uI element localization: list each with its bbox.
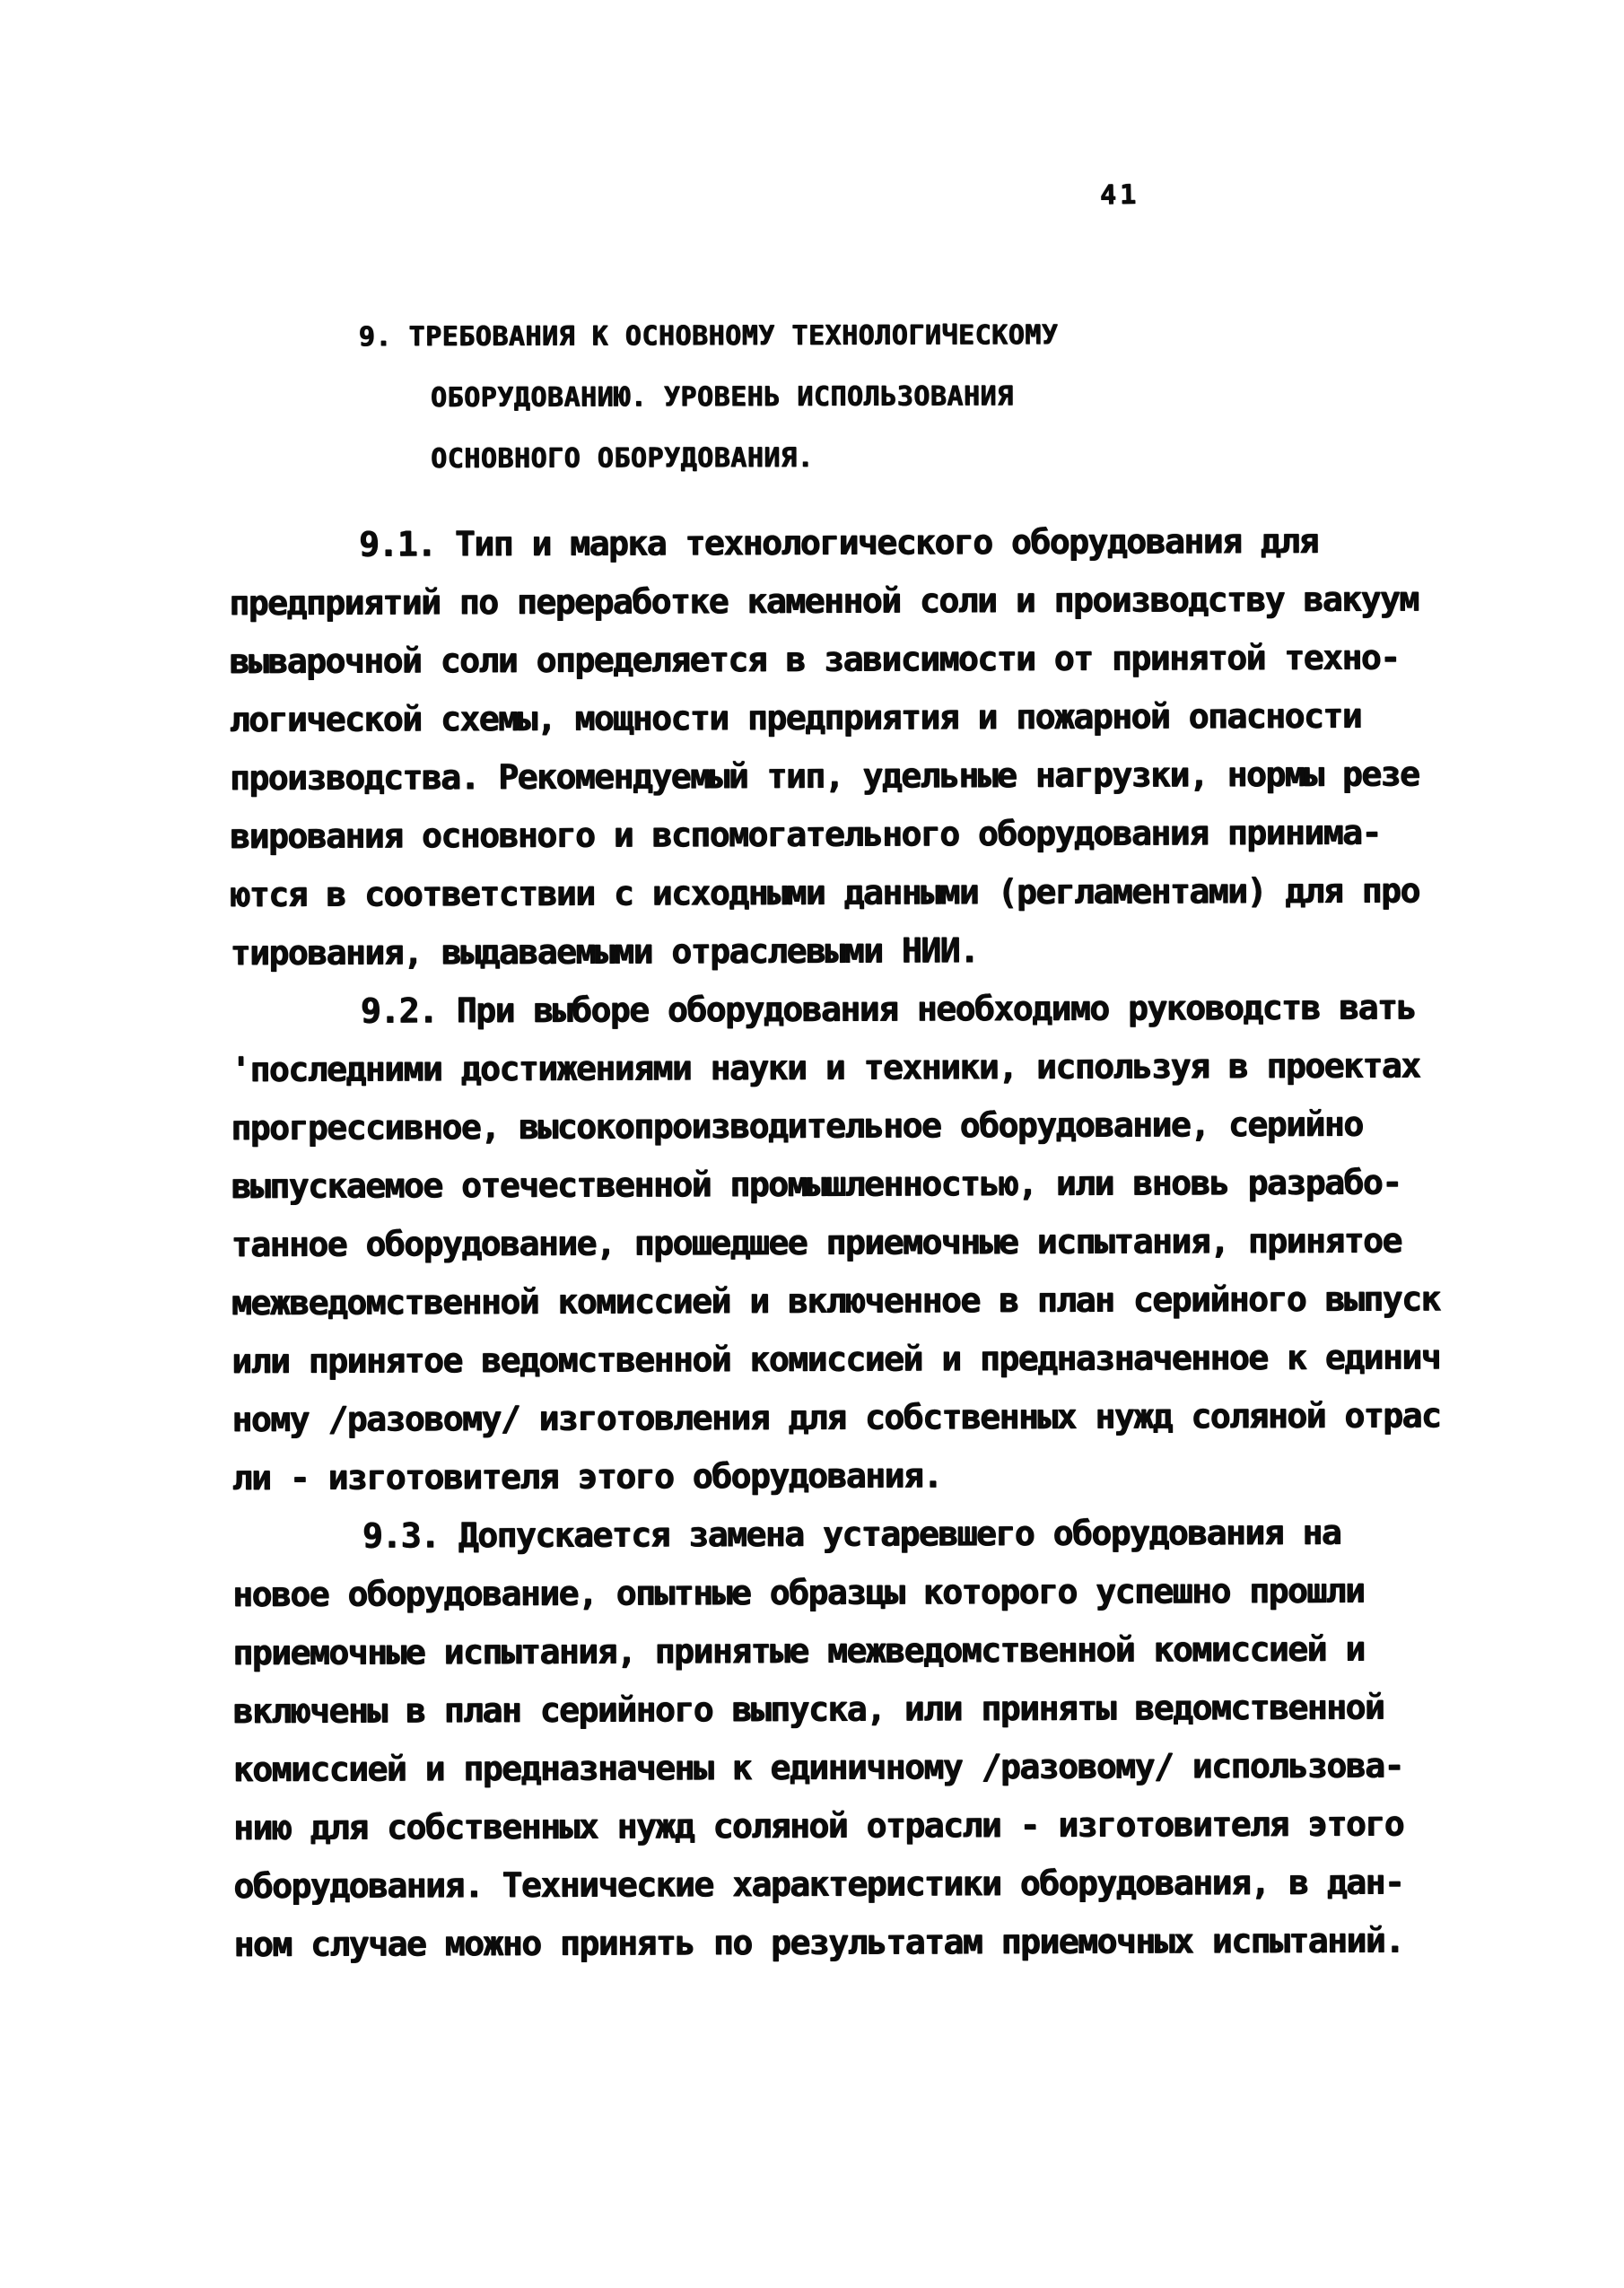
text-line: межведомственной комиссией и включенное … [231, 1270, 1440, 1332]
text-line: нию для собственных нужд соляной отрасли… [233, 1795, 1442, 1857]
paragraph-9-2: 9.2. При выборе оборудования необходимо … [231, 978, 1441, 1507]
text-line: танное оборудование, прошедшее приемочны… [231, 1211, 1440, 1274]
text-line: или принятое ведомственной комиссией и п… [231, 1328, 1440, 1391]
text-line: ются в соответствии с исходными данными … [230, 861, 1438, 924]
text-line: логической схемы, мощности предприятия и… [230, 686, 1438, 749]
text-line: новое оборудование, опытные образцы кото… [232, 1561, 1441, 1624]
text-line: 9. ТРЕБОВАНИЯ К ОСНОВНОМУ ТЕХНОЛОГИЧЕСКО… [359, 305, 1059, 368]
document-body: 9.1. Тип и марка технологического оборуд… [229, 511, 1442, 1974]
text-line: приемочные испытания, принятые межведомс… [232, 1620, 1441, 1682]
paragraph-9-3: 9.3. Допускается замена устаревшего обор… [232, 1503, 1443, 1974]
text-line: производства. Рекомендуемый тип, удельны… [230, 745, 1438, 808]
text-line: ном случае можно принять по результатам … [233, 1911, 1442, 1974]
text-line: ли - изготовителя этого оборудования. [232, 1445, 1441, 1507]
text-line: тирования, выдаваемыми отраслевыми НИИ. [231, 920, 1439, 982]
text-line: 9.1. Тип и марка технологического оборуд… [229, 511, 1437, 574]
text-line: включены в план серийного выпуска, или п… [233, 1678, 1442, 1741]
page-number: 41 [1100, 179, 1140, 212]
text-line: выпускаемое отечественной промышленность… [231, 1153, 1439, 1216]
text-line: оборудования. Технические характеристики… [233, 1853, 1442, 1916]
text-line: 'последними достижениями науки и техники… [231, 1036, 1439, 1099]
text-line: 9.3. Допускается замена устаревшего обор… [232, 1503, 1441, 1566]
text-line: 9.2. При выборе оборудования необходимо … [231, 978, 1439, 1041]
text-line: вирования основного и вспомогательного о… [230, 803, 1438, 866]
document-page: 41 9. ТРЕБОВАНИЯ К ОСНОВНОМУ ТЕХНОЛОГИЧЕ… [0, 0, 1624, 2288]
text-line: комиссией и предназначены к единичному /… [233, 1736, 1442, 1799]
paragraph-9-1: 9.1. Тип и марка технологического оборуд… [229, 511, 1439, 982]
text-line: ОСНОВНОГО ОБОРУДОВАНИЯ. [431, 427, 1059, 490]
text-line: ОБОРУДОВАНИЮ. УРОВЕНЬ ИСПОЛЬЗОВАНИЯ [431, 366, 1059, 429]
section-heading: 9. ТРЕБОВАНИЯ К ОСНОВНОМУ ТЕХНОЛОГИЧЕСКО… [431, 305, 1059, 490]
text-line: ному /разовому/ изготовления для собстве… [231, 1386, 1440, 1449]
text-line: выварочной соли определяется в зависимос… [229, 628, 1437, 691]
text-line: предприятий по переработке каменной соли… [229, 570, 1437, 633]
text-line: прогрессивное, высокопроизводительное об… [231, 1095, 1439, 1157]
